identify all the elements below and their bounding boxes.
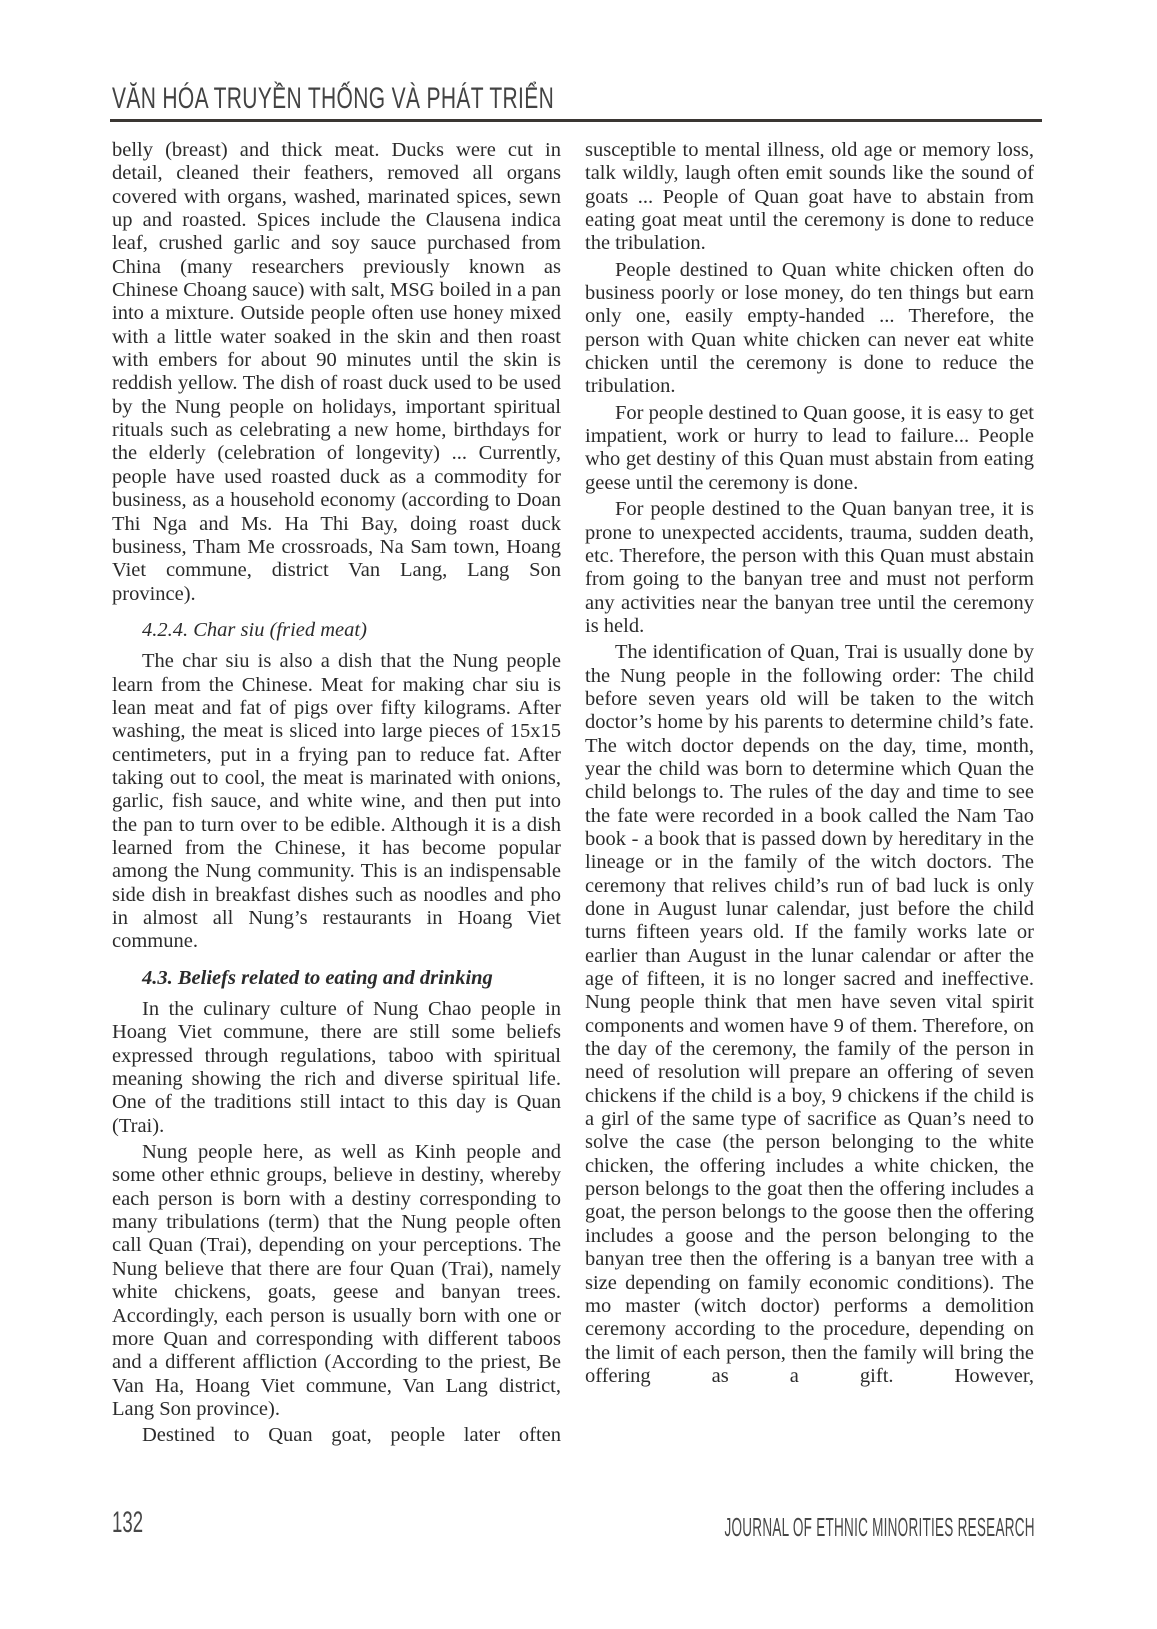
subsection-heading-424: 4.2.4. Char siu (fried meat) xyxy=(112,619,561,642)
paragraph: People destined to Quan white chicken of… xyxy=(585,259,1034,399)
paragraph-continues-next-column: Destined to Quan goat, people later ofte… xyxy=(112,1424,561,1447)
right-column: susceptible to mental illness, old age o… xyxy=(585,139,1034,1388)
paragraph: The char siu is also a dish that the Nun… xyxy=(112,650,561,953)
page-number-text: 132 xyxy=(112,1506,143,1540)
section-title: VĂN HÓA TRUYỀN THỐNG VÀ PHÁT TRIỂN xyxy=(112,82,744,116)
journal-page: { "header": { "section_title": "VĂN HÓA … xyxy=(0,0,1157,1629)
header-rule xyxy=(110,119,1042,122)
section-title-text: VĂN HÓA TRUYỀN THỐNG VÀ PHÁT TRIỂN xyxy=(112,82,554,116)
paragraph-continues-next-page: The identification of Quan, Trai is usua… xyxy=(585,641,1034,1388)
journal-name-text: JOURNAL OF ETHNIC MINORITIES RESEARCH xyxy=(725,1512,1035,1543)
section-heading-43: 4.3. Beliefs related to eating and drink… xyxy=(112,967,561,990)
page-number: 132 xyxy=(112,1506,162,1540)
paragraph-continuation: susceptible to mental illness, old age o… xyxy=(585,139,1034,256)
journal-name: JOURNAL OF ETHNIC MINORITIES RESEARCH xyxy=(438,1512,1035,1543)
paragraph: Nung people here, as well as Kinh people… xyxy=(112,1141,561,1421)
paragraph: For people destined to Quan goose, it is… xyxy=(585,402,1034,495)
left-column: belly (breast) and thick meat. Ducks wer… xyxy=(112,139,561,1448)
paragraph-continuation: belly (breast) and thick meat. Ducks wer… xyxy=(112,139,561,606)
paragraph: For people destined to the Quan banyan t… xyxy=(585,498,1034,638)
paragraph: In the culinary culture of Nung Chao peo… xyxy=(112,998,561,1138)
